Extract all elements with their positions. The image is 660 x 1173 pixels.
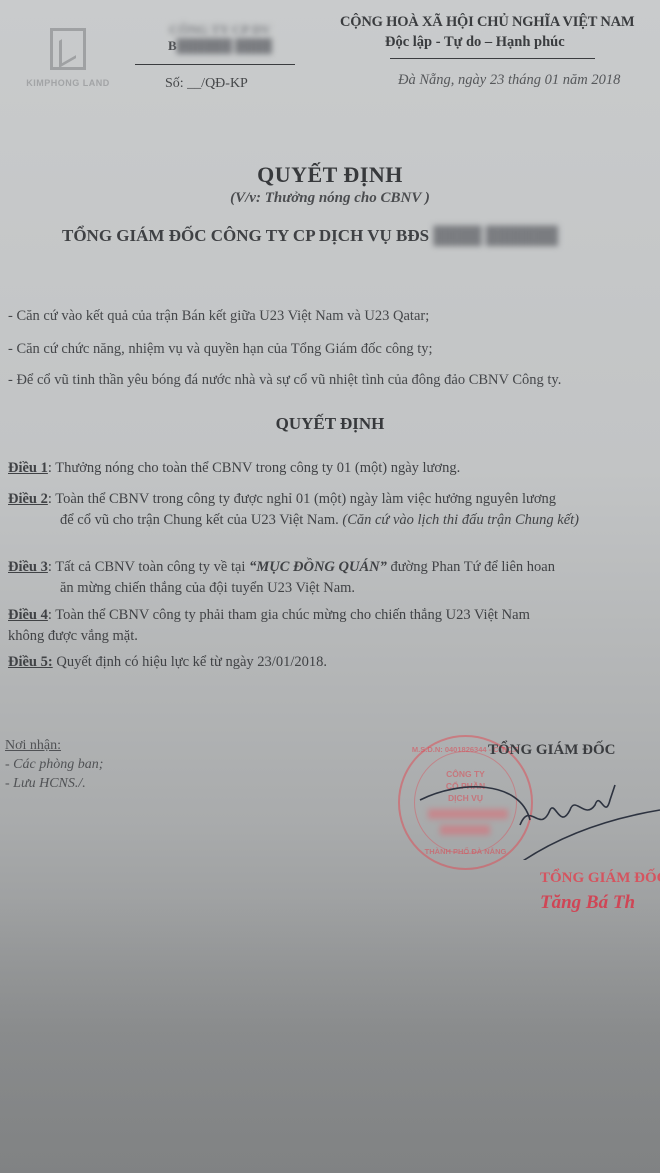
article-text: đường Phan Tứ để liên hoan: [387, 559, 555, 575]
article-label: Điều 1: [8, 460, 48, 476]
article-1: Điều 1: Thưởng nóng cho toàn thể CBNV tr…: [8, 458, 648, 479]
article-2: Điều 2: Toàn thể CBNV trong công ty được…: [8, 489, 648, 531]
article-label: Điều 3: [8, 559, 48, 575]
signatory-name: Tăng Bá Th: [540, 892, 635, 914]
article-text: : Tất cả CBNV toàn công ty về tại: [48, 559, 249, 575]
recipient-item: - Lưu HCNS./.: [5, 774, 103, 793]
recipients: Nơi nhận: - Các phòng ban; - Lưu HCNS./.: [5, 736, 103, 793]
article-label: Điều 2: [8, 491, 48, 507]
article-5: Điều 5: Quyết định có hiệu lực kể từ ngà…: [8, 652, 648, 673]
org-underline: [135, 64, 295, 65]
basis-item: - Để cổ vũ tinh thần yêu bóng đá nước nh…: [8, 372, 561, 389]
motto-underline: [390, 58, 595, 59]
issuer-redacted: ████ ██████: [433, 226, 558, 246]
article-3: Điều 3: Tất cả CBNV toàn công ty về tại …: [8, 557, 648, 599]
article-text: : Toàn thể CBNV công ty phải tham gia ch…: [48, 607, 530, 623]
org-redacted: ██████ ████: [177, 38, 272, 54]
logo-mark-icon: [50, 28, 86, 70]
issuing-org: CÔNG TY CP DV B██████ ████: [140, 22, 300, 54]
recipient-item: - Các phòng ban;: [5, 755, 103, 774]
basis-item: - Căn cứ vào kết quả của trận Bán kết gi…: [8, 308, 429, 325]
article-text: để cổ vũ cho trận Chung kết của U23 Việt…: [60, 512, 342, 528]
signatory-red-title: TỔNG GIÁM ĐỐC: [540, 870, 660, 887]
article-text: không được vắng mặt.: [8, 628, 138, 644]
signature-scribble: [400, 780, 660, 860]
document-photo: KIMPHONG LAND CÔNG TY CP DV B██████ ████…: [0, 0, 660, 1173]
document-number: Số: __/QĐ-KP: [165, 76, 248, 92]
org-line-2: B: [168, 38, 177, 53]
company-logo: KIMPHONG LAND: [18, 28, 118, 88]
logo-text: KIMPHONG LAND: [18, 78, 118, 88]
article-note: (Căn cứ vào lịch thi đấu trận Chung kết): [342, 512, 579, 528]
basis-item: - Căn cứ chức năng, nhiệm vụ và quyền hạ…: [8, 341, 433, 358]
article-text: ăn mừng chiến thắng của đội tuyển U23 Vi…: [8, 578, 648, 599]
decision-heading: QUYẾT ĐỊNH: [0, 414, 660, 434]
issuer-text: TỔNG GIÁM ĐỐC CÔNG TY CP DỊCH VỤ BĐS: [62, 226, 429, 245]
venue-name: “MỤC ĐỒNG QUÁN”: [249, 559, 387, 575]
article-label: Điều 4: [8, 607, 48, 623]
issuer-line: TỔNG GIÁM ĐỐC CÔNG TY CP DỊCH VỤ BĐS ███…: [62, 226, 558, 246]
photo-shadow: [0, 900, 660, 1173]
article-text: : Thưởng nóng cho toàn thể CBNV trong cô…: [48, 460, 460, 476]
article-label: Điều 5:: [8, 654, 53, 670]
article-4: Điều 4: Toàn thể CBNV công ty phải tham …: [8, 605, 648, 647]
recipients-heading: Nơi nhận:: [5, 736, 103, 755]
document-subtitle: (V/v: Thưởng nóng cho CBNV ): [0, 190, 660, 207]
article-text: Quyết định có hiệu lực kể từ ngày 23/01/…: [53, 654, 327, 670]
article-text: : Toàn thể CBNV trong công ty được nghỉ …: [48, 491, 556, 507]
national-title: CỘNG HOÀ XÃ HỘI CHỦ NGHĨA VIỆT NAM: [340, 14, 634, 31]
seal-company-line: CÔNG TY: [400, 769, 531, 779]
national-motto: Độc lập - Tự do – Hạnh phúc: [385, 34, 565, 51]
dateline: Đà Nẵng, ngày 23 tháng 01 năm 2018: [398, 72, 620, 89]
org-line-1: CÔNG TY CP DV: [169, 22, 270, 38]
document-title: QUYẾT ĐỊNH: [0, 162, 660, 188]
signatory-title: TỔNG GIÁM ĐỐC: [488, 742, 616, 759]
